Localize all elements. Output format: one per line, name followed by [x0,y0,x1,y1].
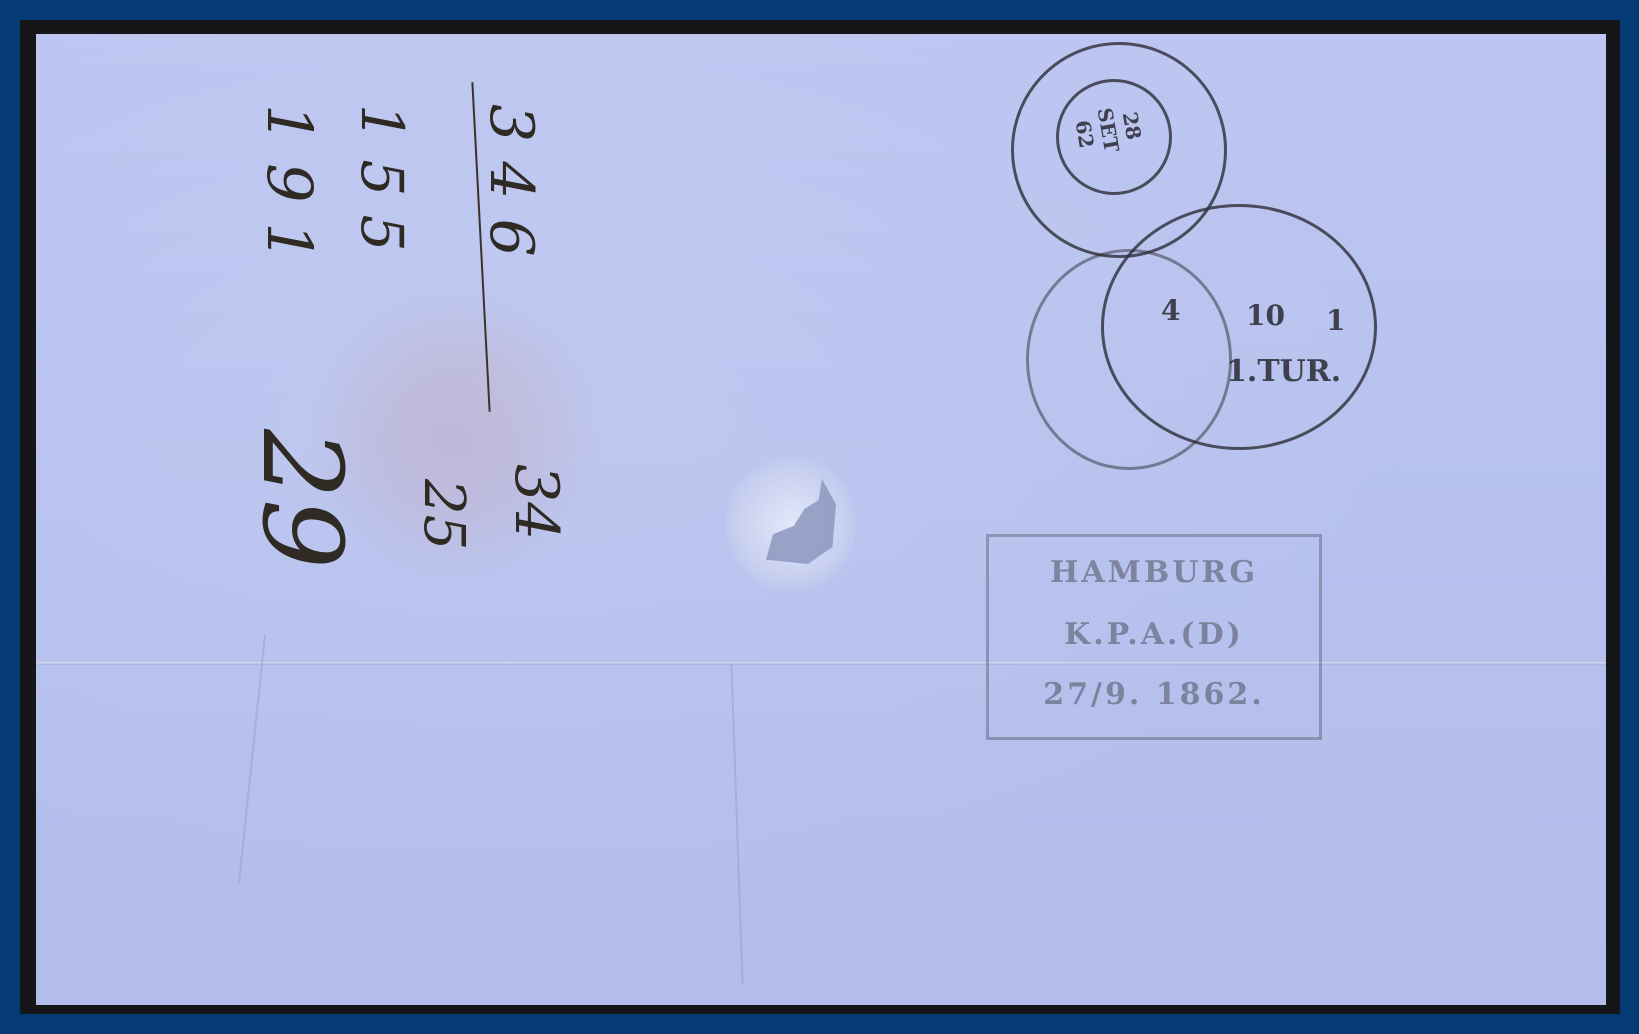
paper-hole [726,454,856,594]
manuscript-346: 3 4 6 [476,104,546,257]
manuscript-155: 1 5 5 [348,104,416,252]
postmark-middle-month: 10 [1246,299,1285,332]
postmark-middle-hour: 1 [1326,304,1345,337]
manuscript-25: 25 [411,479,476,550]
postmark-middle-day: 4 [1161,294,1180,327]
manuscript-34: 34 [501,464,571,540]
paper-crease [238,635,266,884]
postmark-middle-shadow [1026,249,1232,470]
fold-line [36,662,1606,665]
postmark-middle-lower-text: 1.TUR. [1226,354,1341,389]
letter-cover: 191 / 155 / 3461 9 1 1 5 5 3 4 6 29 25 3… [36,34,1606,1005]
paper-crease [730,664,743,984]
manuscript-191: 191 / 155 / 3461 9 1 [253,104,326,262]
boxed-transit-stamp: HAMBURG K.P.A.(D) 27/9. 1862. [986,534,1322,740]
manuscript-29: 29 [238,429,366,569]
